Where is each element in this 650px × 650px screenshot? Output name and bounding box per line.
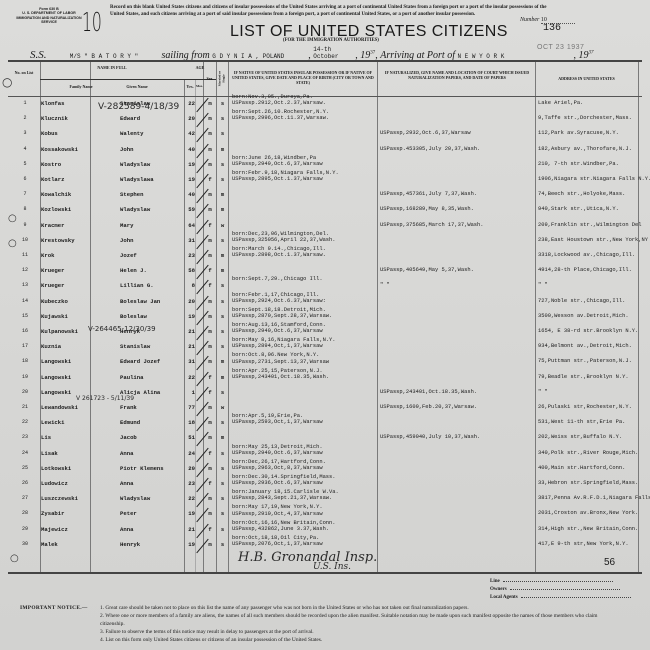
given-name: Peter [120, 510, 137, 517]
given-name: Wladyslawa [120, 176, 154, 183]
sex: m [205, 130, 215, 137]
marital-status: m [217, 146, 228, 153]
arrival-date-stamp: OCT 23 1937 [537, 44, 584, 51]
given-name: Lillian G. [120, 282, 154, 289]
year: 37 [370, 51, 375, 56]
given-name: Helen J. [120, 267, 147, 274]
family-name: Kujawski [41, 313, 68, 320]
birth-info: born:January 18,15.Carlisle W.Va.USPassp… [232, 489, 339, 501]
us-address: 210, 7-th str.Windber,Pa. [538, 161, 619, 167]
row-number: 25 [18, 465, 32, 471]
us-address: 4914,28-th Place,Chicago,Ill. [538, 267, 632, 273]
passport-info: USPassp,2940,Oct.6,37,Warsaw [232, 450, 323, 456]
given-name: Frank [120, 404, 137, 411]
family-name: Kossakowski [41, 146, 78, 153]
line-label: Line [490, 579, 500, 584]
family-name: Klucznik [41, 115, 68, 122]
annotation-row-16: V-264465-12/30/39 [88, 325, 156, 333]
annotation-row-19: V 261723 - 5/11/39 [76, 395, 134, 402]
age-years: 20 [185, 465, 195, 472]
naturalization-papers: USPassp,459040,July 10,37,Wash. [380, 434, 480, 440]
table-row: 8KozlowskiWladyslaw59mmUSPassp,168289,Ma… [8, 204, 642, 220]
us-address: 400,Main str.Hartford,Conn. [538, 465, 625, 471]
row-number: 17 [18, 343, 32, 349]
age-years: 22 [185, 495, 195, 502]
given-name: Wladyslaw [120, 495, 150, 502]
sex: f [205, 176, 215, 183]
marital-status: s [217, 541, 228, 548]
birth-info: born:Oct.8,06.New York,N.Y.USPassp,2731,… [232, 352, 329, 364]
row-number: 13 [18, 282, 32, 288]
passport-info: USPassp,2731,Sept.13,37,Warsaw [232, 359, 329, 365]
marital-status: s [217, 419, 228, 426]
us-address: " " [538, 282, 548, 288]
family-name: Lewandowski [41, 404, 78, 411]
given-name: Paulina [120, 374, 144, 381]
passport-info: USPassp,2996,Oct.11.37,Warsaw. [232, 115, 329, 121]
given-name: Edward [120, 115, 140, 122]
marital-status: s [217, 510, 228, 517]
family-name: Langowski [41, 389, 71, 396]
us-address: Lake Ariel,Pa. [538, 100, 583, 106]
age-years: 23 [185, 480, 195, 487]
row-number: 22 [18, 419, 32, 425]
header-sex: Sex [203, 76, 216, 81]
age-years: 19 [185, 541, 195, 548]
table-header: NAME IN FULL AGE No. on List Family Name… [8, 62, 642, 97]
table-row: 6KotlarzWladyslawa19fsborn:Febr.9,18,Nia… [8, 174, 642, 190]
row-number: 6 [18, 176, 32, 182]
important-notice-label: IMPORTANT NOTICE.— [20, 604, 88, 612]
row-number: 30 [18, 541, 32, 547]
family-name: Kulpanowski [41, 328, 78, 335]
margin-circle-mark: ○ [8, 238, 17, 249]
age-years: 19 [185, 313, 195, 320]
notice-item-4: 4. List on this form only United States … [100, 636, 615, 644]
row-number: 16 [18, 328, 32, 334]
marital-status: s [217, 282, 228, 289]
age-years: 31 [185, 237, 195, 244]
margin-circle-mark: ○ [10, 553, 19, 564]
sex: m [205, 206, 215, 213]
number-label: Number [520, 17, 539, 23]
birth-info: born:Nov.3,05.,Dureya,Pa.USPassp.2912,Oc… [232, 94, 326, 106]
passport-info: USPassp,2895,Oct.1.37,Warsaw [232, 176, 339, 182]
row-number: 18 [18, 358, 32, 364]
sex: m [205, 252, 215, 259]
given-name: Edmund [120, 419, 140, 426]
header-marital-status: Married or Single [218, 67, 225, 91]
passport-info: USPassp,2076,Oct,1,37,Warsaw [232, 541, 323, 547]
given-name: John [120, 237, 133, 244]
sex: m [205, 419, 215, 426]
page-count-mark: 56 [604, 557, 615, 568]
notice-item-2: 2. Where one or more members of a family… [100, 612, 615, 628]
marital-status: s [217, 465, 228, 472]
age-years: 31 [185, 358, 195, 365]
marital-status: s [217, 328, 228, 335]
us-address: 3500,Wesson av.Detroit,Mich. [538, 313, 629, 319]
passenger-table: NAME IN FULL AGE No. on List Family Name… [8, 60, 642, 574]
row-number: 23 [18, 434, 32, 440]
family-name: Lewicki [41, 419, 65, 426]
sex: m [205, 328, 215, 335]
marital-status: s [217, 176, 228, 183]
marital-status: w [217, 404, 228, 411]
us-address: 940,Stark str.,Utica,N.Y. [538, 206, 619, 212]
us-address: 209,Franklin str.,Wilmington Del [538, 222, 642, 228]
birth-info: born:Febr.9,18,Niagara Falls,N.Y.USPassp… [232, 170, 339, 182]
intro-text: Record on this blank United States citiz… [110, 5, 550, 18]
annotation-row-1: V-282589-4/18/39 [98, 102, 179, 112]
family-name: Langowski [41, 374, 71, 381]
us-address: 238,East Houstown str.,New York,NY [538, 237, 648, 243]
table-row: 11KrokJozef23mmborn:March 9.14.,Chicago,… [8, 250, 642, 266]
row-number: 8 [18, 206, 32, 212]
marital-status: s [217, 343, 228, 350]
notice-list: 1. Great care should be taken not to pla… [100, 604, 615, 644]
birth-date-place: born:Oct.8,06.New York,N.Y. [232, 352, 329, 358]
row-number: 10 [18, 237, 32, 243]
header-age: AGE [184, 65, 216, 70]
passport-info: USPassp,2894,Oct,1,37,Warsaw [232, 343, 336, 349]
table-row: 12KruegerHelen J.58fmUSPassp,405649,May … [8, 265, 642, 281]
row-number: 9 [18, 222, 32, 228]
us-address: 1906,Niagara str.Niagara Falls N.Y. [538, 176, 650, 182]
family-name: Kostro [41, 161, 61, 168]
age-years: 64 [185, 222, 195, 229]
family-name: Krueger [41, 282, 65, 289]
row-number: 1 [18, 100, 32, 106]
passport-info: USPassp.2912,Oct.2.37,Warsaw. [232, 100, 326, 106]
given-name: Piotr Klemens [120, 465, 164, 472]
naturalization-papers: USPassp,2932,Oct.6,37,Warsaw [380, 130, 471, 136]
age-years: 77 [185, 404, 195, 411]
birth-date-place: born:Febr.1,17,Chicago,Ill. [232, 292, 326, 298]
passport-info: USPassp,2963,Oct,8,37,Warsaw [232, 465, 326, 471]
family-name: Luszczewski [41, 495, 78, 502]
birth-info: born:May 25,13,Detroit,Mich.USPassp,2940… [232, 444, 323, 456]
sex: f [205, 267, 215, 274]
us-address: 340,Polk str.,River Rouge,Mich. [538, 450, 638, 456]
year-suffix: 37 [588, 51, 593, 56]
us-address: 314,High str.,New Britain,Conn. [538, 526, 638, 532]
manifest-page: Form 630 B U. S. DEPARTMENT OF LABOR IMM… [0, 0, 650, 650]
age-years: 1 [185, 389, 195, 396]
row-number: 2 [18, 115, 32, 121]
row-number: 24 [18, 450, 32, 456]
owners-label: Owners [490, 587, 507, 592]
us-address: 727,Noble str.,Chicago,Ill. [538, 298, 625, 304]
given-name: Edward Jozef [120, 358, 160, 365]
age-years: 20 [185, 115, 195, 122]
family-name: Lisak [41, 450, 58, 457]
sex: m [205, 358, 215, 365]
sex: m [205, 343, 215, 350]
passport-info: USPassp,325056,April 22,37,Wash. [232, 237, 336, 243]
given-name: Jacob [120, 434, 137, 441]
marital-status: m [217, 374, 228, 381]
us-address: 531,West 11-th str,Erie Pa. [538, 419, 625, 425]
birth-info: born:Dec.30,14.Springfield,Mass.USPassp,… [232, 474, 336, 486]
handwritten-sheet-number: 10 [82, 8, 102, 38]
header-given-name: Given Name [90, 84, 184, 89]
age-years: 59 [185, 206, 195, 213]
passport-info: USPassp,2936,Oct.6,37,Warsaw [232, 480, 336, 486]
row-number: 19 [18, 374, 32, 380]
us-address: " " [538, 389, 548, 395]
service-name: IMMIGRATION AND NATURALIZATION SERVICE [14, 16, 84, 25]
age-years: 22 [185, 374, 195, 381]
given-name: Anna [120, 526, 133, 533]
given-name: Henryk [120, 541, 140, 548]
marital-status: s [217, 480, 228, 487]
birth-info: born:May 17,19,New York,N.Y.USPassp,2910… [232, 504, 323, 516]
marital-status: s [217, 100, 228, 107]
naturalization-papers: USPassp,457361,July 7,37,Wash. [380, 191, 477, 197]
us-address: 2031,Croston av.Bronx,New York. [538, 510, 638, 516]
age-years: 58 [185, 267, 195, 274]
us-address: 74,Beech str.,Holyoke,Mass. [538, 191, 625, 197]
row-number: 15 [18, 313, 32, 319]
naturalization-papers: " " [380, 282, 390, 288]
row-number: 3 [18, 130, 32, 136]
sex: m [205, 404, 215, 411]
us-address: 182,Asbury av.,Thorofare,N.J. [538, 146, 632, 152]
family-name: Kotlarz [41, 176, 65, 183]
owners-field: Owners [490, 586, 640, 594]
birth-info: born:Oct,18,18,Oil City,Pa.USPassp,2076,… [232, 535, 323, 547]
sex: m [205, 191, 215, 198]
birth-info: born:Febr.1,17,Chicago,Ill.USPassp,2924,… [232, 292, 326, 304]
sex: m [205, 100, 215, 107]
us-address: 934,Belmont av.,Detroit,Mich. [538, 343, 632, 349]
age-years: 40 [185, 146, 195, 153]
sailing-date: 14-th October [313, 46, 355, 61]
age-years: 22 [185, 100, 195, 107]
birth-date-place: born:May 17,19,New York,N.Y. [232, 504, 323, 510]
us-address: 112,Park av.Syracuse,N.Y. [538, 130, 619, 136]
inspector-title: U.S. Ins. [313, 562, 351, 572]
given-name: Stephen [120, 191, 144, 198]
birth-info: born:Sept.7,29.,Chicago Ill. [232, 276, 323, 282]
marital-status: w [217, 222, 228, 229]
form-id: Form 630 B U. S. DEPARTMENT OF LABOR IMM… [14, 7, 84, 25]
sex: f [205, 282, 215, 289]
marital-status: s [217, 161, 228, 168]
table-row: 2KlucznikEdward20msborn:Sept.26,10.Roche… [8, 113, 642, 129]
family-name: Kubeczko [41, 298, 68, 305]
local-agents-label: Local Agents [490, 595, 518, 600]
birth-date-place: born:Apr.25,15,Paterson,N.J. [232, 368, 329, 374]
birth-info: born:Sept.18,18.Detroit,Mich.USPassp,287… [232, 307, 332, 319]
age-years: 23 [185, 252, 195, 259]
birth-info: born:Dec,26,17,Hartford,Conn.USPassp,296… [232, 459, 326, 471]
sex: m [205, 510, 215, 517]
marital-status: m [217, 267, 228, 274]
age-years: 8 [185, 282, 195, 289]
row-number: 12 [18, 267, 32, 273]
header-native-birth: IF NATIVE OF UNITED STATES INSULAR POSSE… [230, 70, 376, 85]
agents-block: Line Owners Local Agents [490, 578, 640, 602]
passport-info: USPassp.2898,Oct.1.37,Warsaw. [232, 252, 326, 258]
row-number: 4 [18, 146, 32, 152]
family-name: Zysabir [41, 510, 65, 517]
given-name: Wladyslaw [120, 206, 150, 213]
naturalization-papers: USPassp,375685,March 17,37,Wash. [380, 222, 484, 228]
passport-info: USPassp,432862,June 3.37,Wash. [232, 526, 336, 532]
agents-field: Local Agents [490, 594, 640, 602]
row-number: 7 [18, 191, 32, 197]
age-years: 19 [185, 176, 195, 183]
marital-status: s [217, 130, 228, 137]
family-name: Krok [41, 252, 54, 259]
age-years: 42 [185, 130, 195, 137]
table-row: 21LewandowskiFrank77mwUSPassp,1609,Feb.2… [8, 402, 642, 418]
family-name: Kobus [41, 130, 58, 137]
passport-info: USPassp,2940,Oct.6,37,Warsaw [232, 328, 326, 334]
marital-status: m [217, 191, 228, 198]
marital-status: m [217, 434, 228, 441]
passport-info: USPassp,2593,Oct,1,37,Warsaw [232, 419, 323, 425]
us-address: 417,E 9-th str,New York,N.Y. [538, 541, 629, 547]
row-number: 5 [18, 161, 32, 167]
marital-status: s [217, 450, 228, 457]
age-years: 19 [185, 510, 195, 517]
row-number: 29 [18, 526, 32, 532]
inspector-signature: H.B. Gronandal Insp. [238, 550, 377, 565]
us-address: 3817,Penna Av.R.F.D.1,Niagara Falls NY. [538, 495, 650, 501]
given-name: Mary [120, 222, 133, 229]
naturalization-papers: USPassp.453305,July 20,37,Wash. [380, 146, 480, 152]
birth-info: born:Apr.5,19,Erie,Pa.USPassp,2593,Oct,1… [232, 413, 323, 425]
given-name: Stanislaw [120, 343, 150, 350]
us-address: 9,Taffe str.,Dorchester,Mass. [538, 115, 632, 121]
family-name: Ludowicz [41, 480, 68, 487]
family-name: Lotkowski [41, 465, 71, 472]
marital-status: m [217, 358, 228, 365]
given-name: Boleslaw Jan [120, 298, 160, 305]
sex: m [205, 434, 215, 441]
table-row: 19LangowskiPaulina22fmborn:Apr.25,15,Pat… [8, 372, 642, 388]
age-years: 20 [185, 298, 195, 305]
family-name: Kuznia [41, 343, 61, 350]
given-name: John [120, 146, 133, 153]
sex: m [205, 495, 215, 502]
naturalization-papers: USPassp,405649,May 5,37,Wash. [380, 267, 474, 273]
birth-info: born:May 8,16,Niagara Falls,N.Y.USPassp,… [232, 337, 336, 349]
row-number: 20 [18, 389, 32, 395]
sex: f [205, 480, 215, 487]
naturalization-papers: USPassp,168289,May 8,35,Wash. [380, 206, 474, 212]
family-name: Majewicz [41, 526, 68, 533]
birth-info: born:Apr.25,15,Paterson,N.J.USPassp,2434… [232, 368, 329, 380]
birth-info: born:March 9.14.,Chicago,Ill.USPassp.289… [232, 246, 326, 258]
passport-info: USPassp,2870,Sept.28,37,Warsaw. [232, 313, 332, 319]
family-name: Lis [41, 434, 51, 441]
marital-status: s [217, 495, 228, 502]
family-name: Langowski [41, 358, 71, 365]
given-name: Walenty [120, 130, 144, 137]
age-years: 19 [185, 161, 195, 168]
marital-status: s [217, 389, 228, 396]
us-address: 202,Weiss str,Buffalo N.Y. [538, 434, 622, 440]
birth-info: born:Oct,16,16,New Britain,Conn.USPassp,… [232, 520, 336, 532]
marital-status: m [217, 252, 228, 259]
marital-status: s [217, 115, 228, 122]
marital-status: s [217, 526, 228, 533]
birth-info: born:Aug.13,16,Stamford,Conn.USPassp,294… [232, 322, 326, 334]
family-name: Kowalchik [41, 191, 71, 198]
table-row: 23LisJacob51mmUSPassp,459040,July 10,37,… [8, 432, 642, 448]
birth-date-place: born:Oct,16,16,New Britain,Conn. [232, 520, 336, 526]
age-years: 18 [185, 419, 195, 426]
given-name: Anna [120, 480, 133, 487]
us-address: 33,Hebron str.Springfield,Mass. [538, 480, 638, 486]
line-field: Line [490, 578, 640, 586]
notice-item-3: 3. Failure to observe the terms of this … [100, 628, 615, 636]
row-number: 14 [18, 298, 32, 304]
naturalization-papers: USPassp,243401,Oct.18.35,Wash. [380, 389, 477, 395]
age-years: 21 [185, 526, 195, 533]
birth-info: born:June 26,18,Windber,PaUSPassp,2949,O… [232, 155, 323, 167]
given-name: Anna [120, 450, 133, 457]
header-name-in-full: NAME IN FULL [40, 65, 184, 70]
birth-info: born:Dec,23,06,Wilmington,Del.USPassp,32… [232, 231, 336, 243]
family-name: Krestowsky [41, 237, 75, 244]
header-naturalized: IF NATURALIZED, GIVE NAME AND LOCATION O… [380, 70, 534, 80]
header-no-on-list: No. on List [8, 70, 40, 75]
given-name: Boleslaw [120, 313, 147, 320]
row-number: 26 [18, 480, 32, 486]
us-address: 26,Pulaski str,Rochester,N.Y. [538, 404, 632, 410]
us-address: 1654, E 38-rd str.Brooklyn N.Y. [538, 328, 638, 334]
table-row: 22LewickiEdmund18msborn:Apr.5,19,Erie,Pa… [8, 417, 642, 433]
table-row: 4KossakowskiJohn40mmUSPassp.453305,July … [8, 144, 642, 160]
us-address: 75,Puttman str.,Paterson,N.J. [538, 358, 632, 364]
birth-date-place: born:Sept.7,29.,Chicago Ill. [232, 276, 323, 282]
row-number: 21 [18, 404, 32, 410]
table-row: 7KowalchikStephen40mmUSPassp,457361,July… [8, 189, 642, 205]
family-name: Klonfas [41, 100, 65, 107]
marital-status: s [217, 298, 228, 305]
given-name: Jozef [120, 252, 137, 259]
passport-info: USPassp,2910,Oct,4,37,Warsaw [232, 511, 323, 517]
us-address: 79,Beadle str.,Brooklyn N.Y. [538, 374, 629, 380]
family-name: Krueger [41, 267, 65, 274]
table-row: 27LuszczewskiWladyslaw22msborn:January 1… [8, 493, 642, 509]
family-name: Kracmer [41, 222, 65, 229]
sex: m [205, 115, 215, 122]
row-number: 11 [18, 252, 32, 258]
birth-date-place: born:May 25,13,Detroit,Mich. [232, 444, 323, 450]
given-name: Wladyslaw [120, 161, 150, 168]
family-name: Malek [41, 541, 58, 548]
passport-info: USPassp,243401,Oct.18.35,Wash. [232, 374, 329, 380]
row-number: 27 [18, 495, 32, 501]
us-address: 3318,Lockwood av.,Chicago,Ill. [538, 252, 635, 258]
age-years: 24 [185, 450, 195, 457]
passport-info: USPassp,2924,Oct.6.37,Warsaw: [232, 298, 326, 304]
margin-circle-mark: ○ [2, 75, 12, 89]
row-number: 28 [18, 510, 32, 516]
table-row: 29MajewiczAnna21fsborn:Oct,16,16,New Bri… [8, 524, 642, 540]
marital-status: s [217, 313, 228, 320]
age-years: 40 [185, 191, 195, 198]
marital-status: m [217, 206, 228, 213]
passport-info: USPassp,2843,Sept.21,37,Warsaw. [232, 495, 339, 501]
age-years: 21 [185, 343, 195, 350]
